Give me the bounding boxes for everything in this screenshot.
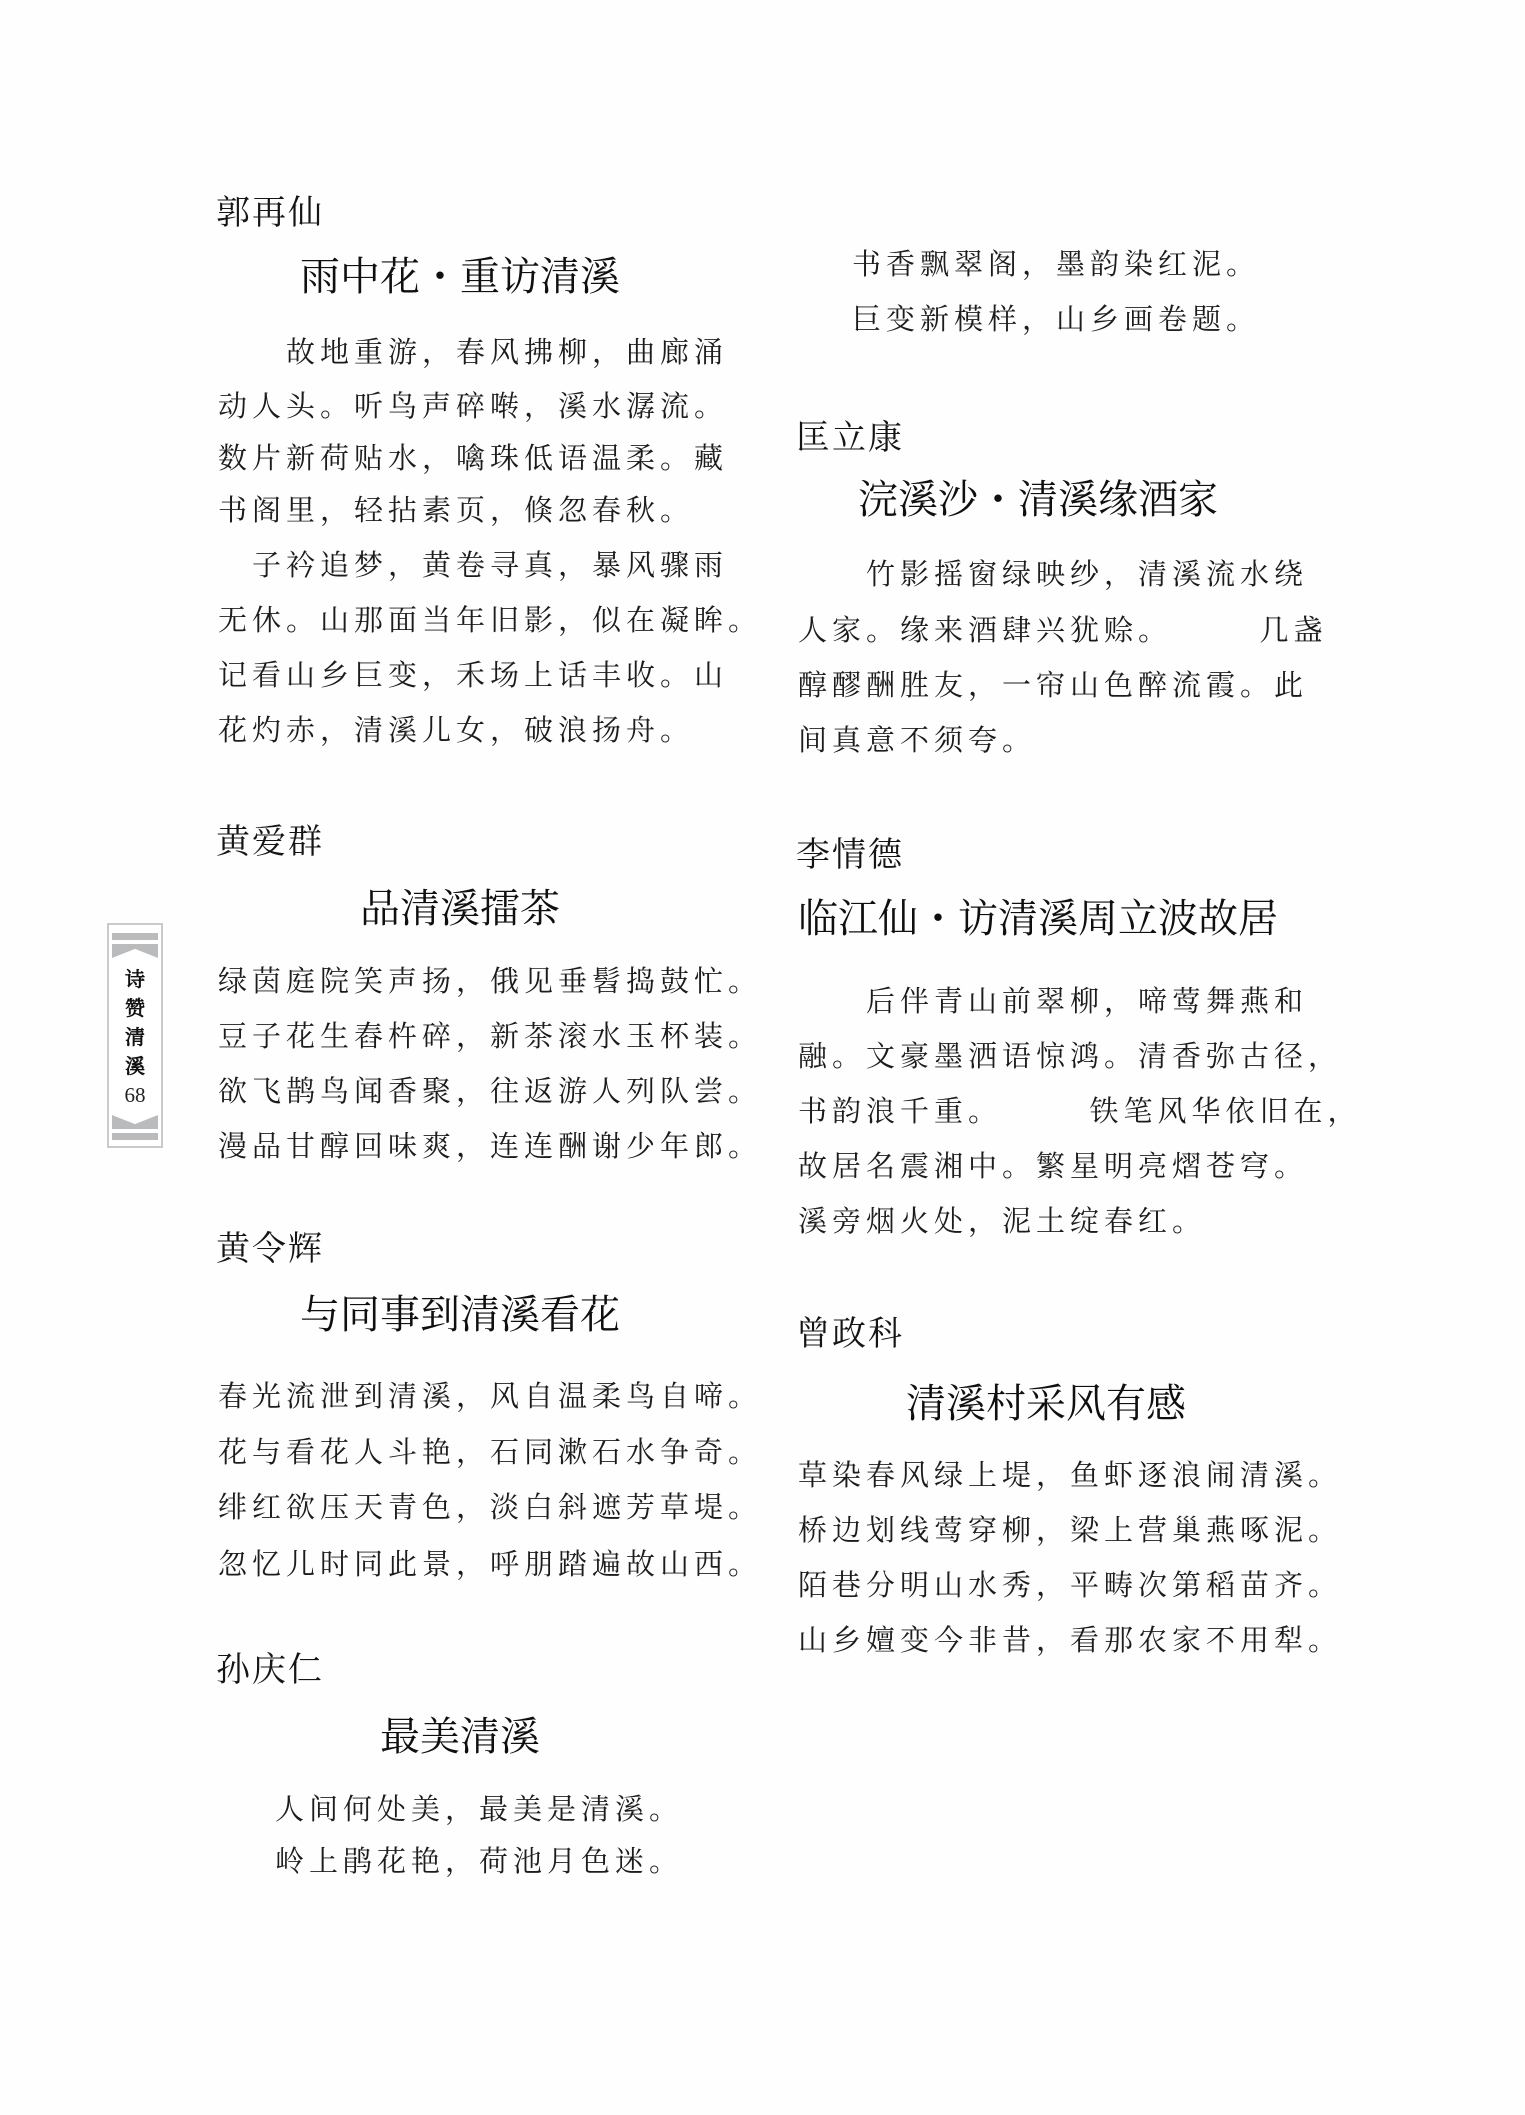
poem-line: 漫品甘醇回味爽，连连酬谢少年郎。 bbox=[218, 1129, 762, 1163]
poem-author: 郭再仙 bbox=[216, 193, 324, 233]
section-char: 溪 bbox=[109, 1052, 161, 1081]
poem-line: 花与看花人斗艳，石同漱石水争奇。 bbox=[218, 1435, 762, 1469]
poem-title: 品清溪擂茶 bbox=[218, 886, 702, 932]
poem-line: 竹影摇窗绿映纱，清溪流水绕 bbox=[798, 557, 1308, 591]
poem-line: 书阁里，轻拈素页，倏忽春秋。 bbox=[218, 493, 694, 527]
poem-line: 岭上鹃花艳，荷池月色迷。 bbox=[275, 1844, 683, 1878]
section-char: 清 bbox=[109, 1023, 161, 1052]
poem-title: 与同事到清溪看花 bbox=[218, 1292, 702, 1338]
poem-author: 匡立康 bbox=[796, 418, 904, 458]
poem-title: 最美清溪 bbox=[218, 1714, 702, 1760]
section-char: 诗 bbox=[109, 965, 161, 994]
poem-line: 春光流泄到清溪，风自温柔鸟自啼。 bbox=[218, 1379, 762, 1413]
poem-line: 溪旁烟火处，泥土绽春红。 bbox=[798, 1204, 1206, 1238]
tab-top-bar-ornament bbox=[112, 933, 158, 940]
poem-line: 无休。山那面当年旧影，似在凝眸。 bbox=[218, 603, 762, 637]
poem-line: 忽忆儿时同此景，呼朋踏遍故山西。 bbox=[218, 1547, 762, 1581]
poem-title: 临江仙・访清溪周立波故居 bbox=[798, 896, 1268, 942]
poem-line: 花灼赤，清溪儿女，破浪扬舟。 bbox=[218, 713, 694, 747]
poem-line: 欲飞鹊鸟闻香聚，往返游人列队尝。 bbox=[218, 1074, 762, 1108]
poem-title: 浣溪沙・清溪缘酒家 bbox=[798, 477, 1278, 523]
poem-line: 绿茵庭院笑声扬，俄见垂髫捣鼓忙。 bbox=[218, 964, 762, 998]
page-number: 68 bbox=[109, 1083, 161, 1108]
poem-line: 巨变新模样，山乡画卷题。 bbox=[852, 302, 1260, 336]
poem-author: 李情德 bbox=[796, 835, 904, 875]
book-page: 诗 赞 清 溪 68 郭再仙 雨中花・重访清溪 故地重游，春风拂柳，曲廊涌 动人… bbox=[0, 0, 1525, 2115]
poem-author: 黄爱群 bbox=[216, 822, 324, 862]
poem-line: 间真意不须夸。 bbox=[798, 723, 1036, 757]
poem-line: 人家。缘来酒肆兴犹赊。 几盏 bbox=[798, 613, 1328, 647]
poem-line: 书香飘翠阁，墨韵染红泥。 bbox=[852, 247, 1260, 281]
poem-line: 故居名震湘中。繁星明亮熠苍穹。 bbox=[798, 1149, 1308, 1183]
tab-bottom-bar-ornament bbox=[112, 1133, 158, 1140]
poem-line: 山乡嬗变今非昔，看那农家不用犁。 bbox=[798, 1623, 1342, 1657]
poem-title: 清溪村采风有感 bbox=[798, 1381, 1294, 1427]
poem-line: 人间何处美，最美是清溪。 bbox=[275, 1792, 683, 1826]
poem-author: 黄令辉 bbox=[216, 1229, 324, 1269]
poem-line: 子衿追梦，黄卷寻真，暴风骤雨 bbox=[218, 548, 728, 582]
poem-title: 雨中花・重访清溪 bbox=[218, 254, 702, 300]
tab-top-chevron-icon bbox=[112, 944, 158, 958]
poem-line: 故地重游，春风拂柳，曲廊涌 bbox=[218, 335, 728, 369]
poem-line: 融。文豪墨洒语惊鸿。清香弥古径， bbox=[798, 1039, 1342, 1073]
poem-line: 醇醪酬胜友，一帘山色醉流霞。此 bbox=[798, 668, 1308, 702]
poem-line: 桥边划线莺穿柳，梁上营巢燕啄泥。 bbox=[798, 1513, 1342, 1547]
poem-line: 动人头。听鸟声碎啭，溪水潺流。 bbox=[218, 389, 728, 423]
section-side-tab: 诗 赞 清 溪 68 bbox=[107, 923, 163, 1148]
poem-author: 曾政科 bbox=[796, 1314, 904, 1354]
poem-line: 数片新荷贴水，噙珠低语温柔。藏 bbox=[218, 441, 728, 475]
poem-line: 绯红欲压天青色，淡白斜遮芳草堤。 bbox=[218, 1490, 762, 1524]
section-char: 赞 bbox=[109, 994, 161, 1023]
poem-line: 记看山乡巨变，禾场上话丰收。山 bbox=[218, 658, 728, 692]
poem-line: 豆子花生舂杵碎，新茶滚水玉杯装。 bbox=[218, 1019, 762, 1053]
poem-line: 草染春风绿上堤，鱼虾逐浪闹清溪。 bbox=[798, 1458, 1342, 1492]
poem-line: 后伴青山前翠柳，啼莺舞燕和 bbox=[798, 984, 1308, 1018]
poem-author: 孙庆仁 bbox=[216, 1650, 324, 1690]
section-title-vertical: 诗 赞 清 溪 bbox=[109, 965, 161, 1081]
tab-bottom-chevron-icon bbox=[112, 1115, 158, 1129]
poem-line: 陌巷分明山水秀，平畴次第稻苗齐。 bbox=[798, 1568, 1342, 1602]
poem-line: 书韵浪千重。 铁笔风华依旧在， bbox=[798, 1094, 1362, 1128]
